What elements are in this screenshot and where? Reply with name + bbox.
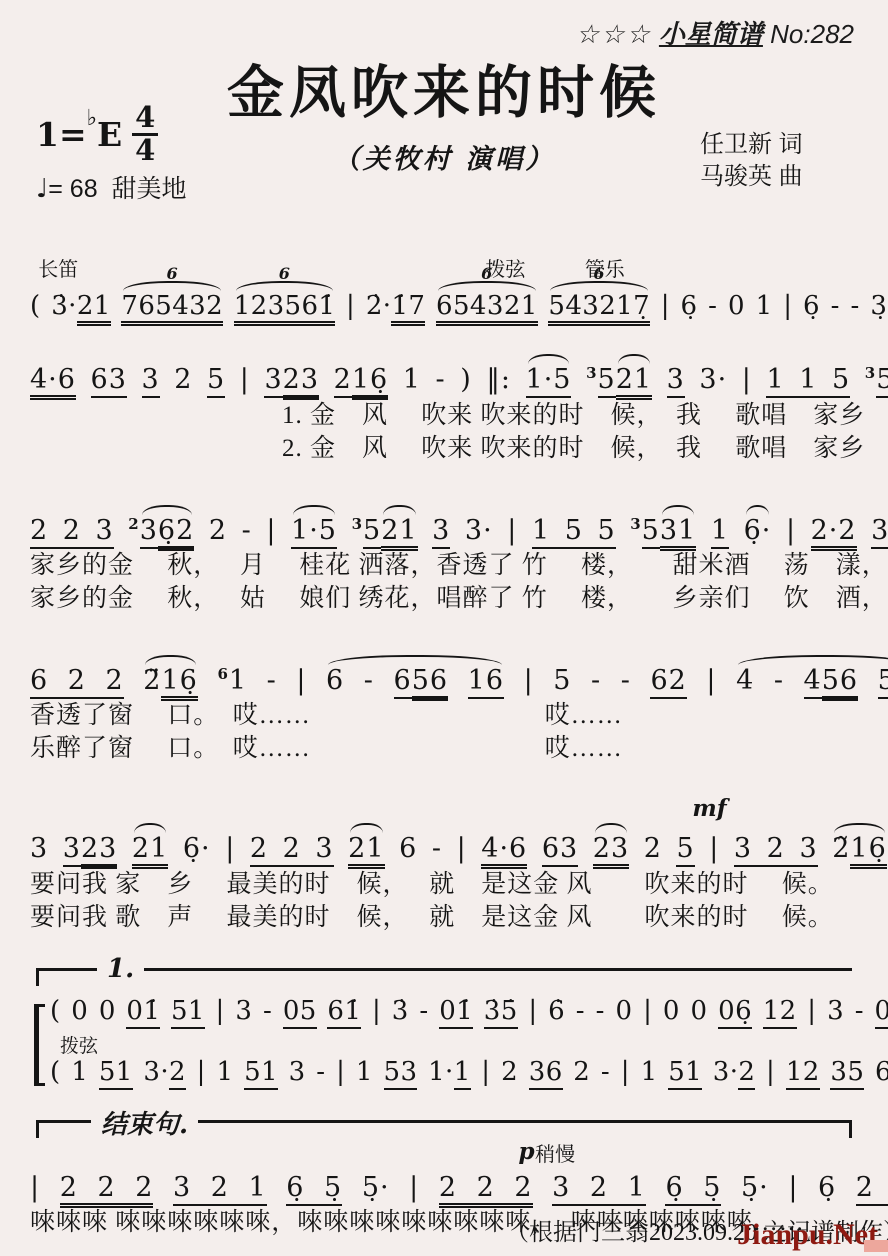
lyrics-verse-2: 乐醉了窗 口。 哎…… 哎…… — [30, 732, 858, 765]
score-line-3: 2 2 3 236̣2 2 - | 1·5 3521 3 3· | 1 5 5 … — [30, 501, 858, 615]
notation-row: 6 2 2 2̈16̣ 61 - | 6 - 656 16 | 5 - - 62… — [30, 651, 858, 699]
page-header: ☆☆☆ 小星简谱 No:282 — [0, 0, 888, 51]
lyrics-verse-2: 2. 金 风 吹来 吹来的时 候， 我 歌唱 家乡 — [282, 432, 858, 465]
watermark: Jianpu.Net — [737, 1218, 878, 1252]
lyrics-verse-1: 要问我 家 乡 最美的时 候， 就 是这金 风 吹来的时 候。 — [30, 868, 858, 901]
quarter-note-icon: ♩ — [36, 174, 48, 204]
sheet-number: No:282 — [770, 19, 854, 49]
brand-name: 小星简谱 — [659, 19, 763, 49]
volta-number: 1. — [97, 954, 144, 984]
notation-row: | 2 2 2 3 2 1 6̣ 5̣ 5̣· | 2 2 2 3 2 1 6̣… — [30, 1158, 858, 1206]
tempo-slower-label: 稍慢 — [535, 1138, 575, 1167]
score-line-2: 4·6 63 3 2 5 | 323 216̣ 1 - ) ‖: 1·5 352… — [30, 350, 858, 464]
coda-bracket: 结束句. — [36, 1120, 852, 1138]
flat-icon: ♭ — [87, 105, 97, 131]
lyricist: 任卫新 词 — [700, 129, 803, 161]
notation-row: 3 323 21 6̣· | 2 2 3 21 6 - | 4·6 63 23 … — [30, 819, 858, 867]
corner-mark — [864, 1240, 888, 1252]
dynamic-p: p — [519, 1138, 535, 1165]
coda-label: 结束句. — [91, 1104, 198, 1141]
notation-row-lower: ( 1 51 3·2 | 1 51 3 - | 1 53 1·1 | 2 36 … — [50, 1053, 858, 1090]
lyrics-verse-2: 要问我 歌 声 最美的时 候， 就 是这金 风 吹来的时 候。 — [30, 901, 858, 934]
system-brace-icon — [34, 1006, 48, 1084]
instrument-label-pizzicato: 拨弦 — [60, 1031, 858, 1053]
first-ending-bracket: 1. — [36, 968, 852, 986]
stars-icon: ☆☆☆ — [576, 19, 652, 49]
lyrics-verse-1: 香透了窗 口。 哎…… 哎…… — [30, 699, 858, 732]
notation-row: ( 3̇·21 765432 123561̇ | 2̇·1̇7 654321 5… — [30, 277, 858, 324]
lyrics-verse-1: 1. 金 风 吹来 吹来的时 候， 我 歌唱 家乡 — [282, 399, 858, 432]
instrument-label-flute: 长笛 — [38, 253, 78, 282]
lyrics-verse-2: 家乡的金 秋， 姑 娘们 绣花，唱醉了 竹 楼， 乡亲们 饮 酒， — [30, 582, 858, 615]
page-footer: （根据门三翁2023.09.20 之记谱制作） Jianpu.Net — [0, 1206, 888, 1252]
composer: 马骏英 曲 — [700, 161, 803, 193]
notation-row-upper: ( 0 0 01̇ 51 | 3 - 05 61̇ | 3̇ - 01̇ 3̇5… — [50, 986, 858, 1029]
score-line-5: mf 3 323 21 6̣· | 2 2 3 21 6 - | 4·6 63 … — [30, 795, 858, 933]
credits: 任卫新 词 马骏英 曲 — [700, 129, 803, 194]
interlude-system: ( 0 0 01̇ 51 | 3 - 05 61̇ | 3̇ - 01̇ 3̇5… — [34, 986, 858, 1090]
score-line-1: 长笛 拨弦 管乐 ( 3̇·21 765432 123561̇ | 2̇·1̇7… — [30, 253, 858, 324]
score-line-4: 6 2 2 2̈16̣ 61 - | 6 - 656 16 | 5 - - 62… — [30, 651, 858, 765]
tempo-marking: ♩= 68 甜美地 — [36, 169, 187, 205]
notation-row: 4·6 63 3 2 5 | 323 216̣ 1 - ) ‖: 1·5 352… — [30, 350, 858, 398]
tempo-mood: 甜美地 — [112, 175, 187, 203]
title-zone: 金凤吹来的时候 1=♭E 4 4 （关牧村 演唱） 任卫新 词 马骏英 曲 ♩=… — [0, 51, 888, 251]
notation-row: 2 2 3 236̣2 2 - | 1·5 3521 3 3· | 1 5 5 … — [30, 501, 858, 549]
lyrics-verse-1: 家乡的金 秋， 月 桂花 洒落，香透了 竹 楼， 甜米酒 荡 漾， — [30, 549, 858, 582]
dynamic-mf: mf — [692, 795, 726, 822]
